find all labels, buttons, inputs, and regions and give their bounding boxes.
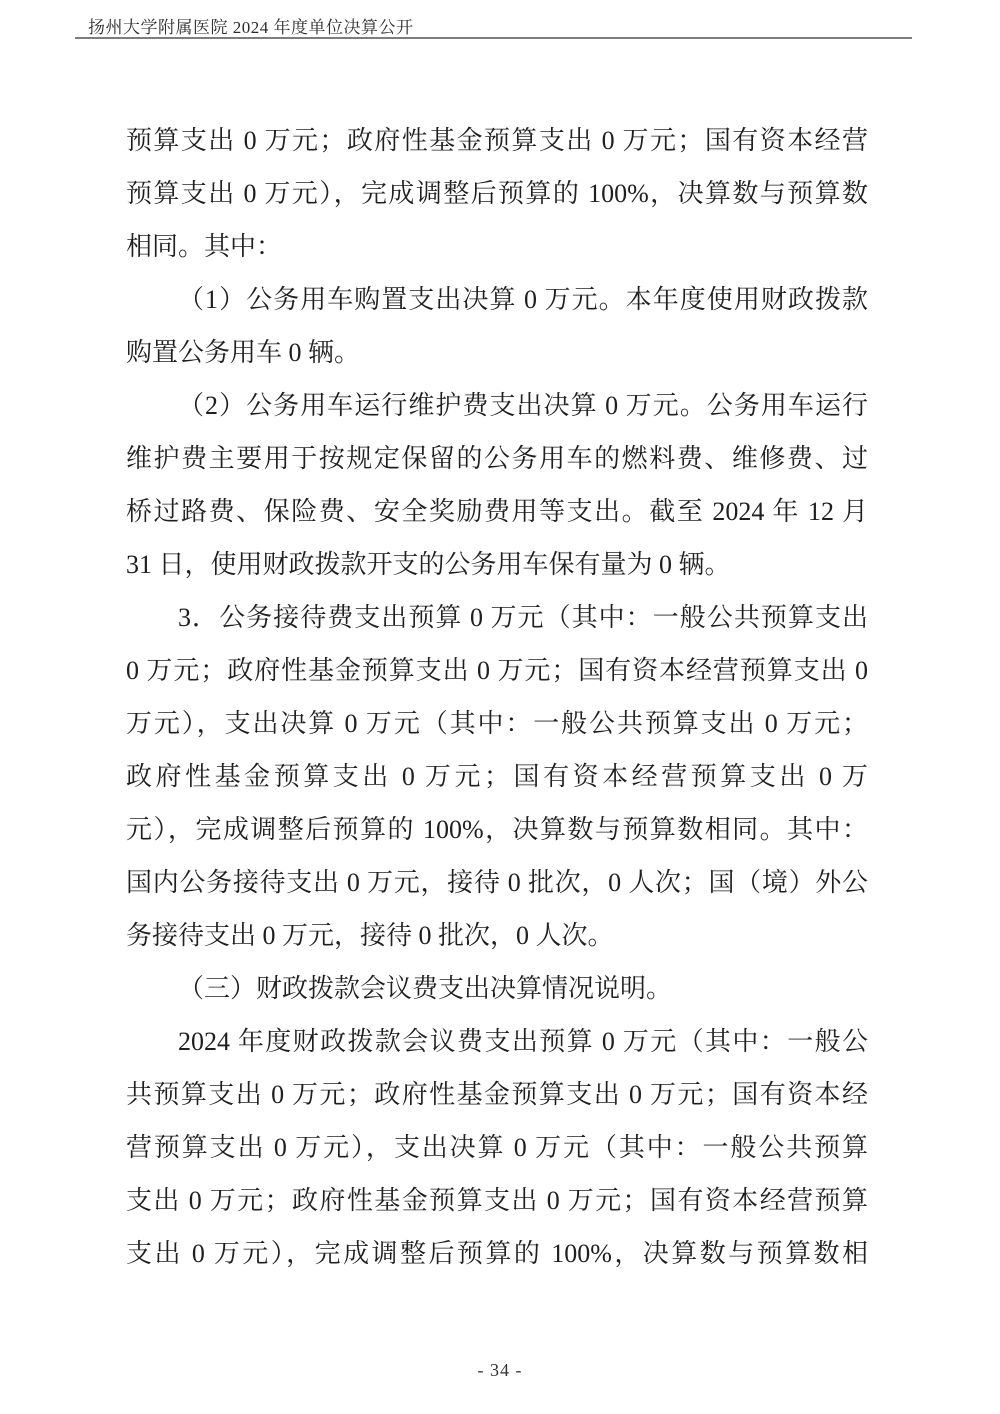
text-line: 购置公务用车 0 辆。 — [126, 326, 868, 379]
text-line: 相同。其中： — [126, 220, 868, 273]
text-line: （1）公务用车购置支出决算 0 万元。本年度使用财政拨款 — [126, 273, 868, 326]
text-line: 2024 年度财政拨款会议费支出预算 0 万元（其中：一般公 — [126, 1015, 868, 1068]
paragraph: （三）财政拨款会议费支出决算情况说明。 — [126, 962, 868, 1015]
text-line: 支出 0 万元），完成调整后预算的 100%，决算数与预算数相 — [126, 1227, 868, 1280]
document-page: 扬州大学附属医院 2024 年度单位决算公开 预算支出 0 万元；政府性基金预算… — [0, 0, 1000, 1414]
text-line: 政府性基金预算支出 0 万元；国有资本经营预算支出 0 万 — [126, 750, 868, 803]
page-footer: - 34 - — [0, 1360, 1000, 1381]
text-line: 预算支出 0 万元），完成调整后预算的 100%，决算数与预算数 — [126, 167, 868, 220]
document-body: 预算支出 0 万元；政府性基金预算支出 0 万元；国有资本经营预算支出 0 万元… — [126, 114, 868, 1280]
text-line: 共预算支出 0 万元；政府性基金预算支出 0 万元；国有资本经 — [126, 1068, 868, 1121]
text-line: 务接待支出 0 万元，接待 0 批次，0 人次。 — [126, 909, 868, 962]
paragraph: 3．公务接待费支出预算 0 万元（其中：一般公共预算支出0 万元；政府性基金预算… — [126, 591, 868, 962]
text-line: 营预算支出 0 万元），支出决算 0 万元（其中：一般公共预算 — [126, 1121, 868, 1174]
text-line: 31 日，使用财政拨款开支的公务用车保有量为 0 辆。 — [126, 538, 868, 591]
text-line: （2）公务用车运行维护费支出决算 0 万元。公务用车运行 — [126, 379, 868, 432]
page-header-title: 扬州大学附属医院 2024 年度单位决算公开 — [88, 13, 414, 38]
paragraph: 2024 年度财政拨款会议费支出预算 0 万元（其中：一般公共预算支出 0 万元… — [126, 1015, 868, 1280]
text-line: 预算支出 0 万元；政府性基金预算支出 0 万元；国有资本经营 — [126, 114, 868, 167]
text-line: 万元），支出决算 0 万元（其中：一般公共预算支出 0 万元； — [126, 697, 868, 750]
text-line: 桥过路费、保险费、安全奖励费用等支出。截至 2024 年 12 月 — [126, 485, 868, 538]
text-line: 国内公务接待支出 0 万元，接待 0 批次，0 人次；国（境）外公 — [126, 856, 868, 909]
text-line: 0 万元；政府性基金预算支出 0 万元；国有资本经营预算支出 0 — [126, 644, 868, 697]
paragraph: （2）公务用车运行维护费支出决算 0 万元。公务用车运行维护费主要用于按规定保留… — [126, 379, 868, 591]
text-line: 3．公务接待费支出预算 0 万元（其中：一般公共预算支出 — [126, 591, 868, 644]
paragraph: （1）公务用车购置支出决算 0 万元。本年度使用财政拨款购置公务用车 0 辆。 — [126, 273, 868, 379]
text-line: 维护费主要用于按规定保留的公务用车的燃料费、维修费、过 — [126, 432, 868, 485]
header-divider — [75, 37, 912, 39]
text-line: （三）财政拨款会议费支出决算情况说明。 — [126, 962, 868, 1015]
page-number: - 34 - — [478, 1360, 523, 1380]
text-line: 元），完成调整后预算的 100%，决算数与预算数相同。其中： — [126, 803, 868, 856]
text-line: 支出 0 万元；政府性基金预算支出 0 万元；国有资本经营预算 — [126, 1174, 868, 1227]
paragraph: 预算支出 0 万元；政府性基金预算支出 0 万元；国有资本经营预算支出 0 万元… — [126, 114, 868, 273]
